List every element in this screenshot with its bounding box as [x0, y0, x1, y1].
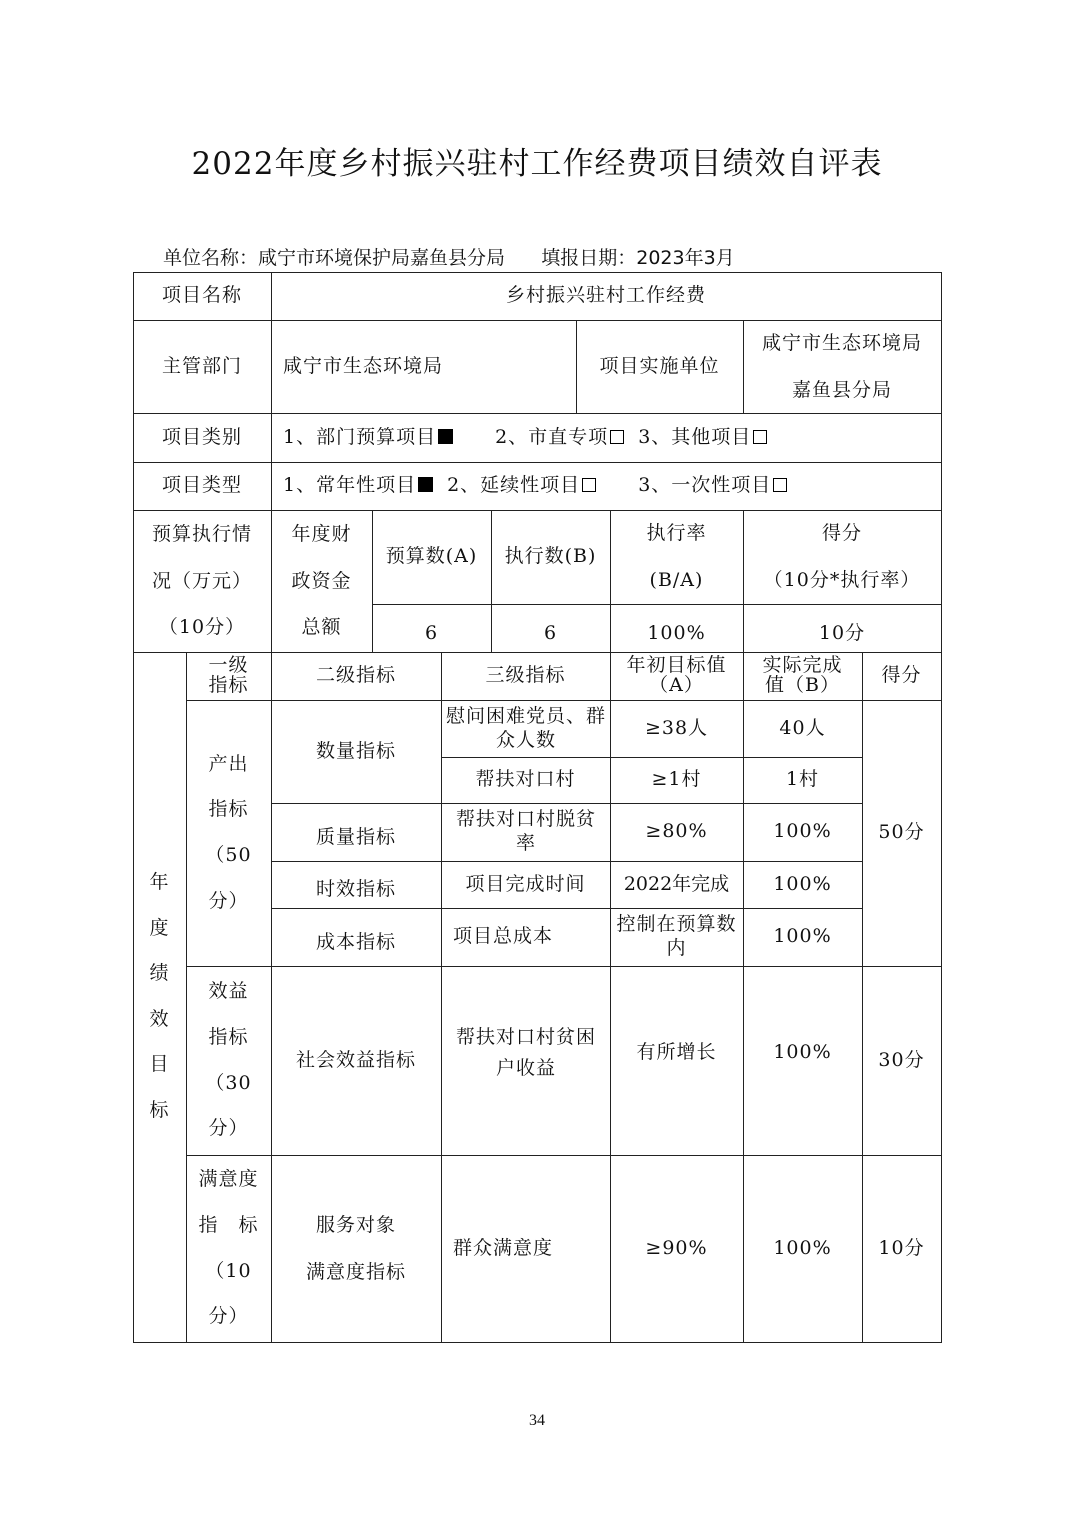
header-score: 得分 — [862, 652, 941, 700]
checkbox-checked-icon — [438, 429, 453, 444]
rate-value: 100% — [610, 604, 743, 652]
satisfaction-score: 10分 — [862, 1155, 941, 1342]
output-level3: 项目完成时间 — [441, 861, 610, 908]
benefit-level3: 帮扶对口村贫困户收益 — [451, 966, 601, 1155]
document-meta: 单位名称：咸宁市环境保护局嘉鱼县分局 填报日期：2023年3月 — [163, 243, 735, 270]
header-level3: 三级指标 — [441, 652, 610, 700]
output-actual: 100% — [743, 803, 862, 861]
output-score: 50分 — [862, 700, 941, 966]
benefit-label: 效益 指标 （30 分） — [186, 966, 271, 1155]
type-label: 项目类型 — [133, 462, 271, 510]
category-option-1[interactable]: 1、部门预算项目 — [283, 426, 453, 450]
satisfaction-level3: 群众满意度 — [441, 1155, 610, 1342]
category-label: 项目类别 — [133, 413, 271, 462]
output-level2-timeliness: 时效指标 — [271, 861, 441, 908]
satisfaction-label: 满意度 指 标 （10 分） — [186, 1155, 271, 1342]
satisfaction-target: ≥90% — [610, 1155, 743, 1342]
dept-label: 主管部门 — [133, 320, 271, 413]
output-actual: 1村 — [743, 757, 862, 803]
table-border — [941, 272, 942, 1343]
header-target: 年初目标值 （A） — [610, 652, 743, 700]
impl-value-line2: 嘉鱼县分局 — [792, 367, 892, 414]
document-title: 2022年度乡村振兴驻村工作经费项目绩效自评表 — [0, 138, 1074, 183]
fund-label: 年度财 政资金 总额 — [271, 510, 372, 652]
benefit-level2: 社会效益指标 — [271, 966, 441, 1155]
output-target: 控制在预算数内 — [615, 908, 738, 966]
budget-header: 预算数(A) — [372, 510, 491, 604]
type-options: 1、常年性项目 2、延续性项目 3、一次性项目 — [271, 462, 941, 510]
type-option-1[interactable]: 1、常年性项目 — [283, 474, 433, 498]
dept-value: 咸宁市生态环境局 — [271, 320, 576, 413]
header-actual: 实际完成 值（B） — [743, 652, 862, 700]
impl-label: 项目实施单位 — [576, 320, 743, 413]
output-level2-quantity: 数量指标 — [271, 700, 441, 803]
checkbox-checked-icon — [418, 477, 433, 492]
impl-value: 咸宁市生态环境局 嘉鱼县分局 — [743, 320, 941, 413]
checkbox-empty-icon — [582, 478, 596, 492]
category-option-2[interactable]: 2、市直专项 — [495, 426, 624, 450]
benefit-actual: 100% — [743, 966, 862, 1155]
checkbox-empty-icon — [773, 478, 787, 492]
header-level1: 一级 指标 — [186, 652, 271, 700]
table-border — [133, 1342, 942, 1343]
output-target: ≥1村 — [610, 757, 743, 803]
output-label: 产出 指标 （50 分） — [186, 700, 271, 966]
budget-label: 预算执行情 况（万元） （10分） — [133, 510, 271, 652]
output-level3: 项目总成本 — [441, 908, 610, 966]
satisfaction-level2: 服务对象 满意度指标 — [271, 1155, 441, 1342]
exec-value: 6 — [491, 604, 610, 652]
output-level3: 帮扶对口村 — [441, 757, 610, 803]
exec-header: 执行数(B) — [491, 510, 610, 604]
type-option-2[interactable]: 2、延续性项目 — [447, 474, 596, 498]
output-level3: 帮扶对口村脱贫率 — [451, 803, 601, 861]
performance-side-label: 年 度 绩 效 目 标 — [133, 860, 186, 1150]
benefit-score: 30分 — [862, 966, 941, 1155]
satisfaction-actual: 100% — [743, 1155, 862, 1342]
rate-header: 执行率 (B/A) — [610, 510, 743, 604]
page-number: 34 — [0, 1412, 1074, 1430]
benefit-target: 有所增长 — [610, 966, 743, 1155]
score-value: 10分 — [743, 604, 941, 652]
category-option-3[interactable]: 3、其他项目 — [638, 426, 767, 450]
checkbox-empty-icon — [753, 430, 767, 444]
score-header: 得分 （10分*执行率） — [743, 510, 941, 604]
impl-value-line1: 咸宁市生态环境局 — [762, 320, 922, 367]
project-name-value: 乡村振兴驻村工作经费 — [271, 272, 941, 320]
output-level2-cost: 成本指标 — [271, 908, 441, 966]
category-options: 1、部门预算项目 2、市直专项 3、其他项目 — [271, 413, 941, 462]
output-actual: 100% — [743, 908, 862, 966]
project-name-label: 项目名称 — [133, 272, 271, 320]
output-level3: 慰问困难党员、群众人数 — [446, 700, 606, 757]
header-level2: 二级指标 — [271, 652, 441, 700]
output-actual: 100% — [743, 861, 862, 908]
output-level2-quality: 质量指标 — [271, 803, 441, 861]
output-target: ≥38人 — [610, 700, 743, 757]
output-target: 2022年完成 — [610, 861, 743, 908]
budget-value: 6 — [372, 604, 491, 652]
type-option-3[interactable]: 3、一次性项目 — [638, 474, 787, 498]
output-actual: 40人 — [743, 700, 862, 757]
checkbox-empty-icon — [610, 430, 624, 444]
output-target: ≥80% — [610, 803, 743, 861]
